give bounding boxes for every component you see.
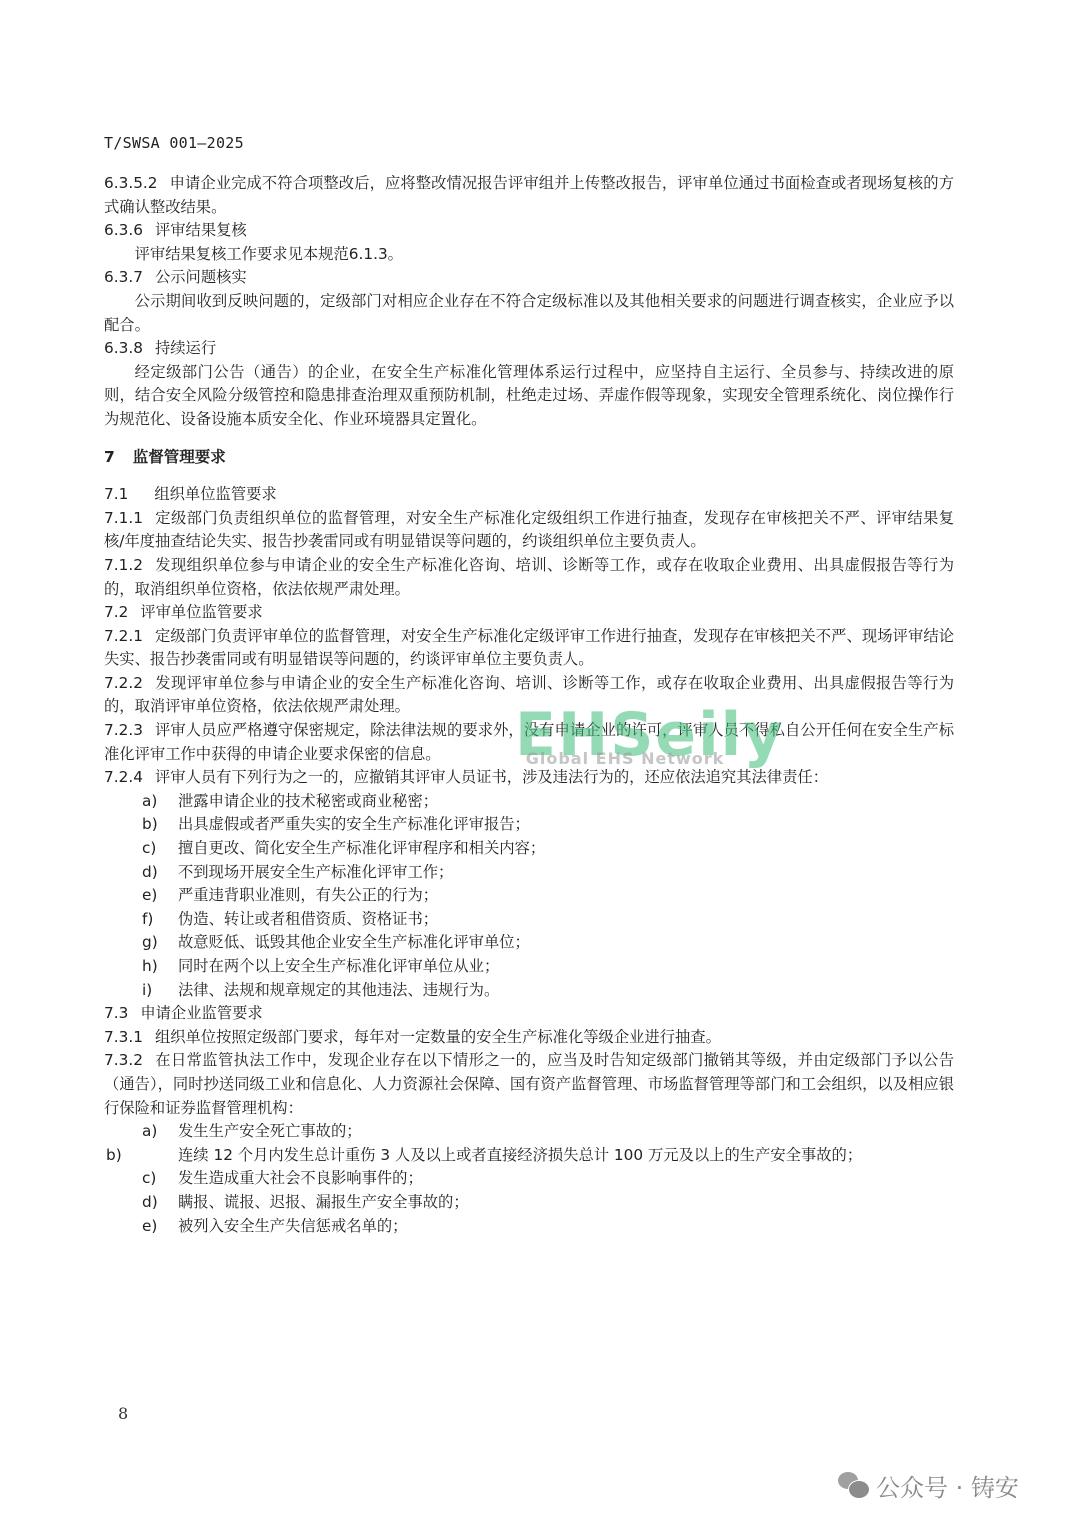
clause-6-3-8-body: 经定级部门公告（通告）的企业，在安全生产标准化管理体系运行过程中，应坚持自主运行…: [104, 361, 954, 432]
clause-7-1-heading: 7.1组织单位监管要求: [104, 483, 954, 507]
clause-6-3-5-2: 6.3.5.2申请企业完成不符合项整改后，应将整改情况报告评审组并上传整改报告，…: [104, 172, 954, 219]
footer-brand-label: 公众号 · 铸安: [876, 1468, 1019, 1503]
clause-7-3-1: 7.3.1组织单位按照定级部门要求，每年对一定数量的安全生产标准化等级企业进行抽…: [104, 1026, 954, 1050]
wechat-icon: [838, 1472, 870, 1500]
clause-7-1-2: 7.1.2发现组织单位参与申请企业的安全生产标准化咨询、培训、诊断等工作，或存在…: [104, 554, 954, 601]
clause-7-2-4-list: a)泄露申请企业的技术秘密或商业秘密； b)出具虚假或者严重失实的安全生产标准化…: [104, 790, 954, 1002]
document-body: 6.3.5.2申请企业完成不符合项整改后，应将整改情况报告评审组并上传整改报告，…: [104, 172, 954, 1238]
chapter-7-heading: 7监督管理要求: [104, 446, 954, 470]
list-item: h)同时在两个以上安全生产标准化评审单位从业；: [104, 955, 954, 979]
list-item: e)严重违背职业准则，有失公正的行为；: [104, 884, 954, 908]
list-item: d)不到现场开展安全生产标准化评审工作；: [104, 861, 954, 885]
clause-7-2-4: 7.2.4评审人员有下列行为之一的，应撤销其评审人员证书，涉及违法行为的，还应依…: [104, 766, 954, 790]
clause-7-2-2: 7.2.2发现评审单位参与申请企业的安全生产标准化咨询、培训、诊断等工作，或存在…: [104, 672, 954, 719]
list-item: g)故意贬低、诋毁其他企业安全生产标准化评审单位；: [104, 931, 954, 955]
clause-6-3-8-heading: 6.3.8持续运行: [104, 337, 954, 361]
clause-7-3-2: 7.3.2在日常监管执法工作中，发现企业存在以下情形之一的，应当及时告知定级部门…: [104, 1049, 954, 1120]
list-item: b)出具虚假或者严重失实的安全生产标准化评审报告；: [104, 813, 954, 837]
clause-6-3-6-heading: 6.3.6评审结果复核: [104, 219, 954, 243]
document-page: T/SWSA 001—2025 6.3.5.2申请企业完成不符合项整改后，应将整…: [0, 0, 1080, 1527]
list-item: c)擅自更改、简化安全生产标准化评审程序和相关内容；: [104, 837, 954, 861]
list-item: a)发生生产安全死亡事故的；: [104, 1120, 954, 1144]
clause-7-3-2-list: a)发生生产安全死亡事故的； b)连续 12 个月内发生总计重伤 3 人及以上或…: [104, 1120, 954, 1238]
list-item: e)被列入安全生产失信惩戒名单的；: [104, 1215, 954, 1239]
list-item: b)连续 12 个月内发生总计重伤 3 人及以上或者直接经济损失总计 100 万…: [104, 1144, 954, 1168]
clause-7-3-heading: 7.3申请企业监管要求: [104, 1002, 954, 1026]
clause-6-3-7-heading: 6.3.7公示问题核实: [104, 266, 954, 290]
list-item: f)伪造、转让或者租借资质、资格证书；: [104, 908, 954, 932]
clause-6-3-7-body: 公示期间收到反映问题的，定级部门对相应企业存在不符合定级标准以及其他相关要求的问…: [104, 290, 954, 337]
page-number: 8: [118, 1404, 128, 1423]
list-item: d)瞒报、谎报、迟报、漏报生产安全事故的；: [104, 1191, 954, 1215]
list-item: c)发生造成重大社会不良影响事件的；: [104, 1167, 954, 1191]
list-item: a)泄露申请企业的技术秘密或商业秘密；: [104, 790, 954, 814]
clause-7-1-1: 7.1.1定级部门负责组织单位的监督管理，对安全生产标准化定级组织工作进行抽查，…: [104, 507, 954, 554]
clause-7-2-3: 7.2.3评审人员应严格遵守保密规定，除法律法规的要求外，没有申请企业的许可，评…: [104, 719, 954, 766]
footer-brand: 公众号 · 铸安: [838, 1468, 1019, 1503]
clause-7-2-heading: 7.2评审单位监管要求: [104, 601, 954, 625]
clause-7-2-1: 7.2.1定级部门负责评审单位的监督管理，对安全生产标准化定级评审工作进行抽查，…: [104, 625, 954, 672]
list-item: i)法律、法规和规章规定的其他违法、违规行为。: [104, 979, 954, 1003]
clause-6-3-6-body: 评审结果复核工作要求见本规范6.1.3。: [104, 243, 954, 267]
document-code: T/SWSA 001—2025: [104, 134, 244, 152]
